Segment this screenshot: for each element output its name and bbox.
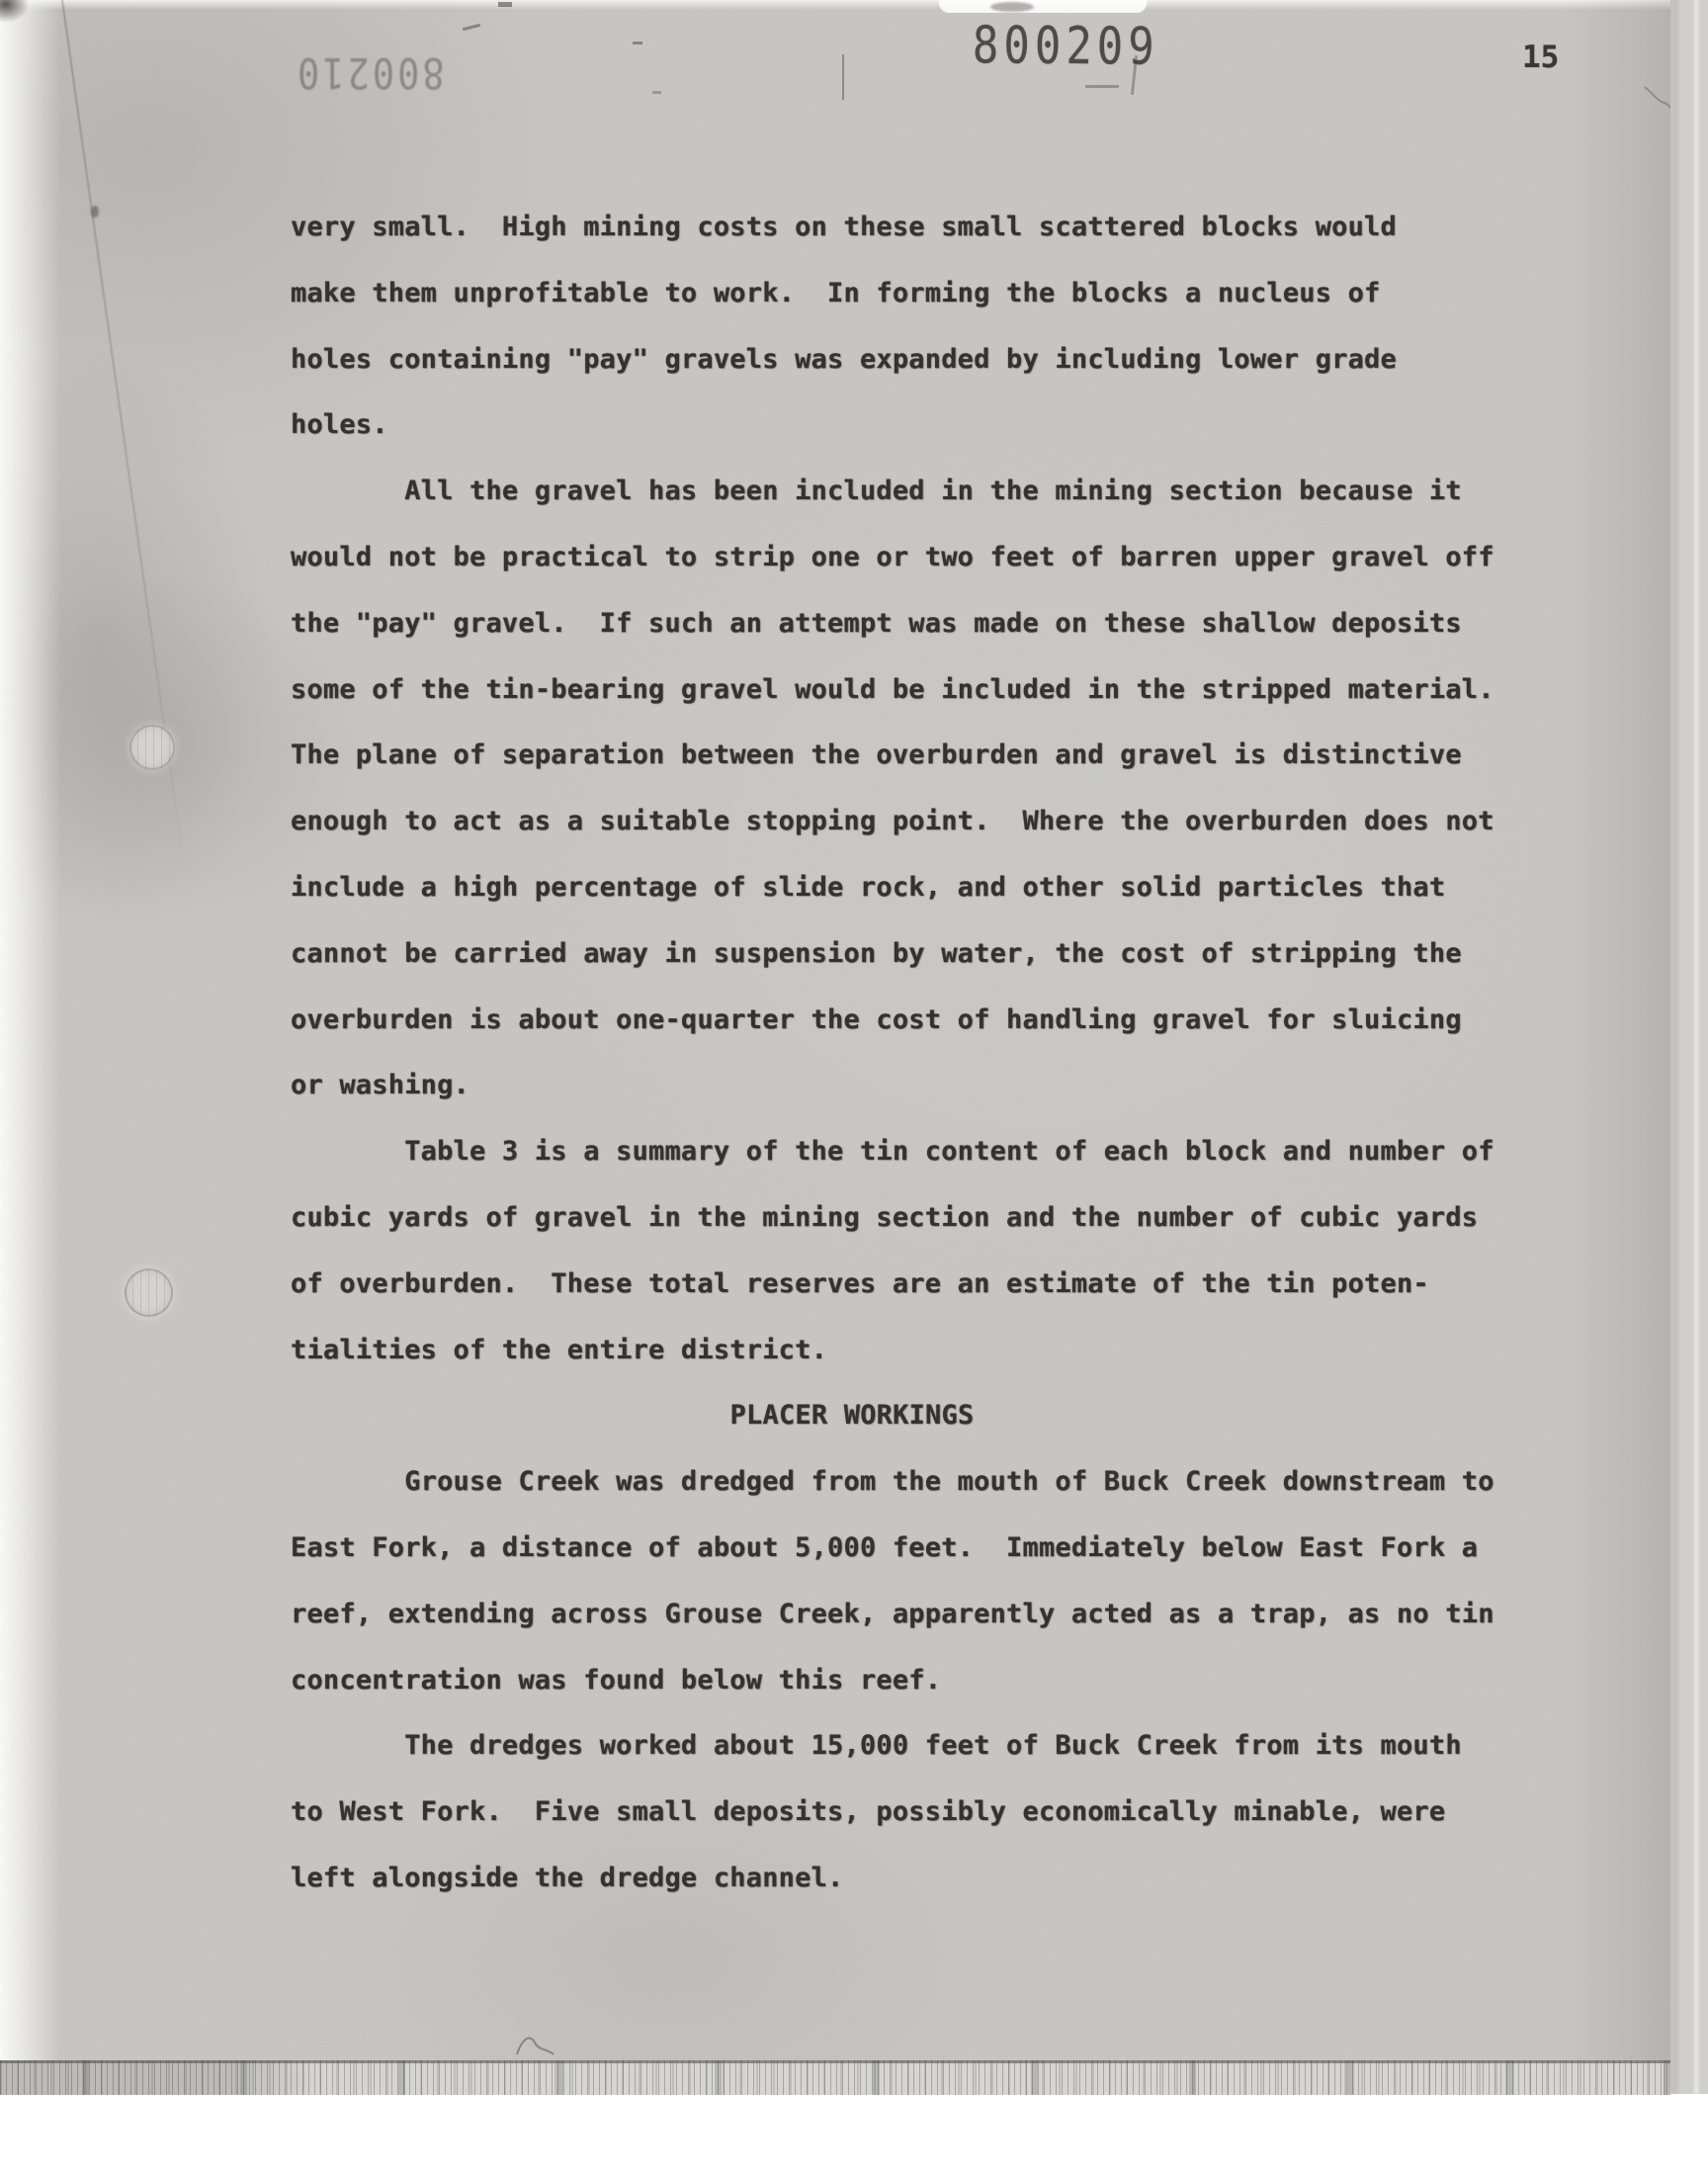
pen-squiggle [514,2023,557,2064]
crease-dark-spot [91,206,99,217]
text-line: or washing. [291,1053,1522,1119]
text-line: would not be practical to strip one or t… [291,525,1522,591]
scanned-document: 800210 800209 15 very small. High mining… [0,0,1708,2175]
page-top-edge-smudge [990,2,1034,12]
text-line: include a high percentage of slide rock,… [291,855,1522,921]
text-line: very small. High mining costs on these s… [291,195,1522,261]
scanner-backing-strip [1670,0,1708,2094]
text-line: make them unprofitable to work. In formi… [291,261,1522,327]
scan-artifact [842,54,844,100]
hole-punch [129,725,175,770]
page-bottom-edge [0,2060,1670,2095]
text-line: East Fork, a distance of about 5,000 fee… [291,1516,1522,1582]
page-top-edge-notch [939,0,1147,13]
text-line: All the gravel has been included in the … [291,459,1522,525]
text-line: The dredges worked about 15,000 feet of … [291,1713,1522,1780]
scan-artifact [1085,85,1119,88]
text-line: tialities of the entire district. [291,1318,1522,1384]
scan-artifact [652,91,661,94]
paper-crease [61,0,190,901]
text-line: The plane of separation between the over… [291,723,1522,789]
section-heading: PLACER WORKINGS [291,1383,1522,1449]
text-line: holes. [291,392,1522,459]
bleed-through-stamp-number: 800210 [295,48,445,97]
text-line: some of the tin-bearing gravel would be … [291,657,1522,724]
document-page: 800210 800209 15 very small. High mining… [0,0,1670,2062]
scan-artifact [463,24,480,31]
scan-artifact [498,2,512,7]
stamp-number: 800209 [973,16,1159,77]
page-number: 15 [1522,40,1559,75]
text-line: concentration was found below this reef. [291,1648,1522,1714]
text-line: cubic yards of gravel in the mining sect… [291,1185,1522,1252]
text-line: overburden is about one-quarter the cost… [291,988,1522,1054]
text-line: left alongside the dredge channel. [291,1846,1522,1912]
scan-artifact [633,42,642,44]
text-line: the "pay" gravel. If such an attempt was… [291,591,1522,657]
text-line: of overburden. These total reserves are … [291,1252,1522,1318]
hole-punch [125,1268,173,1317]
text-line: reef, extending across Grouse Creek, app… [291,1582,1522,1648]
text-line: Grouse Creek was dredged from the mouth … [291,1449,1522,1516]
text-line: to West Fork. Five small deposits, possi… [291,1780,1522,1846]
text-line: holes containing "pay" gravels was expan… [291,327,1522,393]
text-line: Table 3 is a summary of the tin content … [291,1119,1522,1185]
text-line: cannot be carried away in suspension by … [291,921,1522,988]
scan-corner-smudge [0,0,28,22]
text-line: enough to act as a suitable stopping poi… [291,789,1522,855]
text-block: very small. High mining costs on these s… [291,195,1522,1912]
